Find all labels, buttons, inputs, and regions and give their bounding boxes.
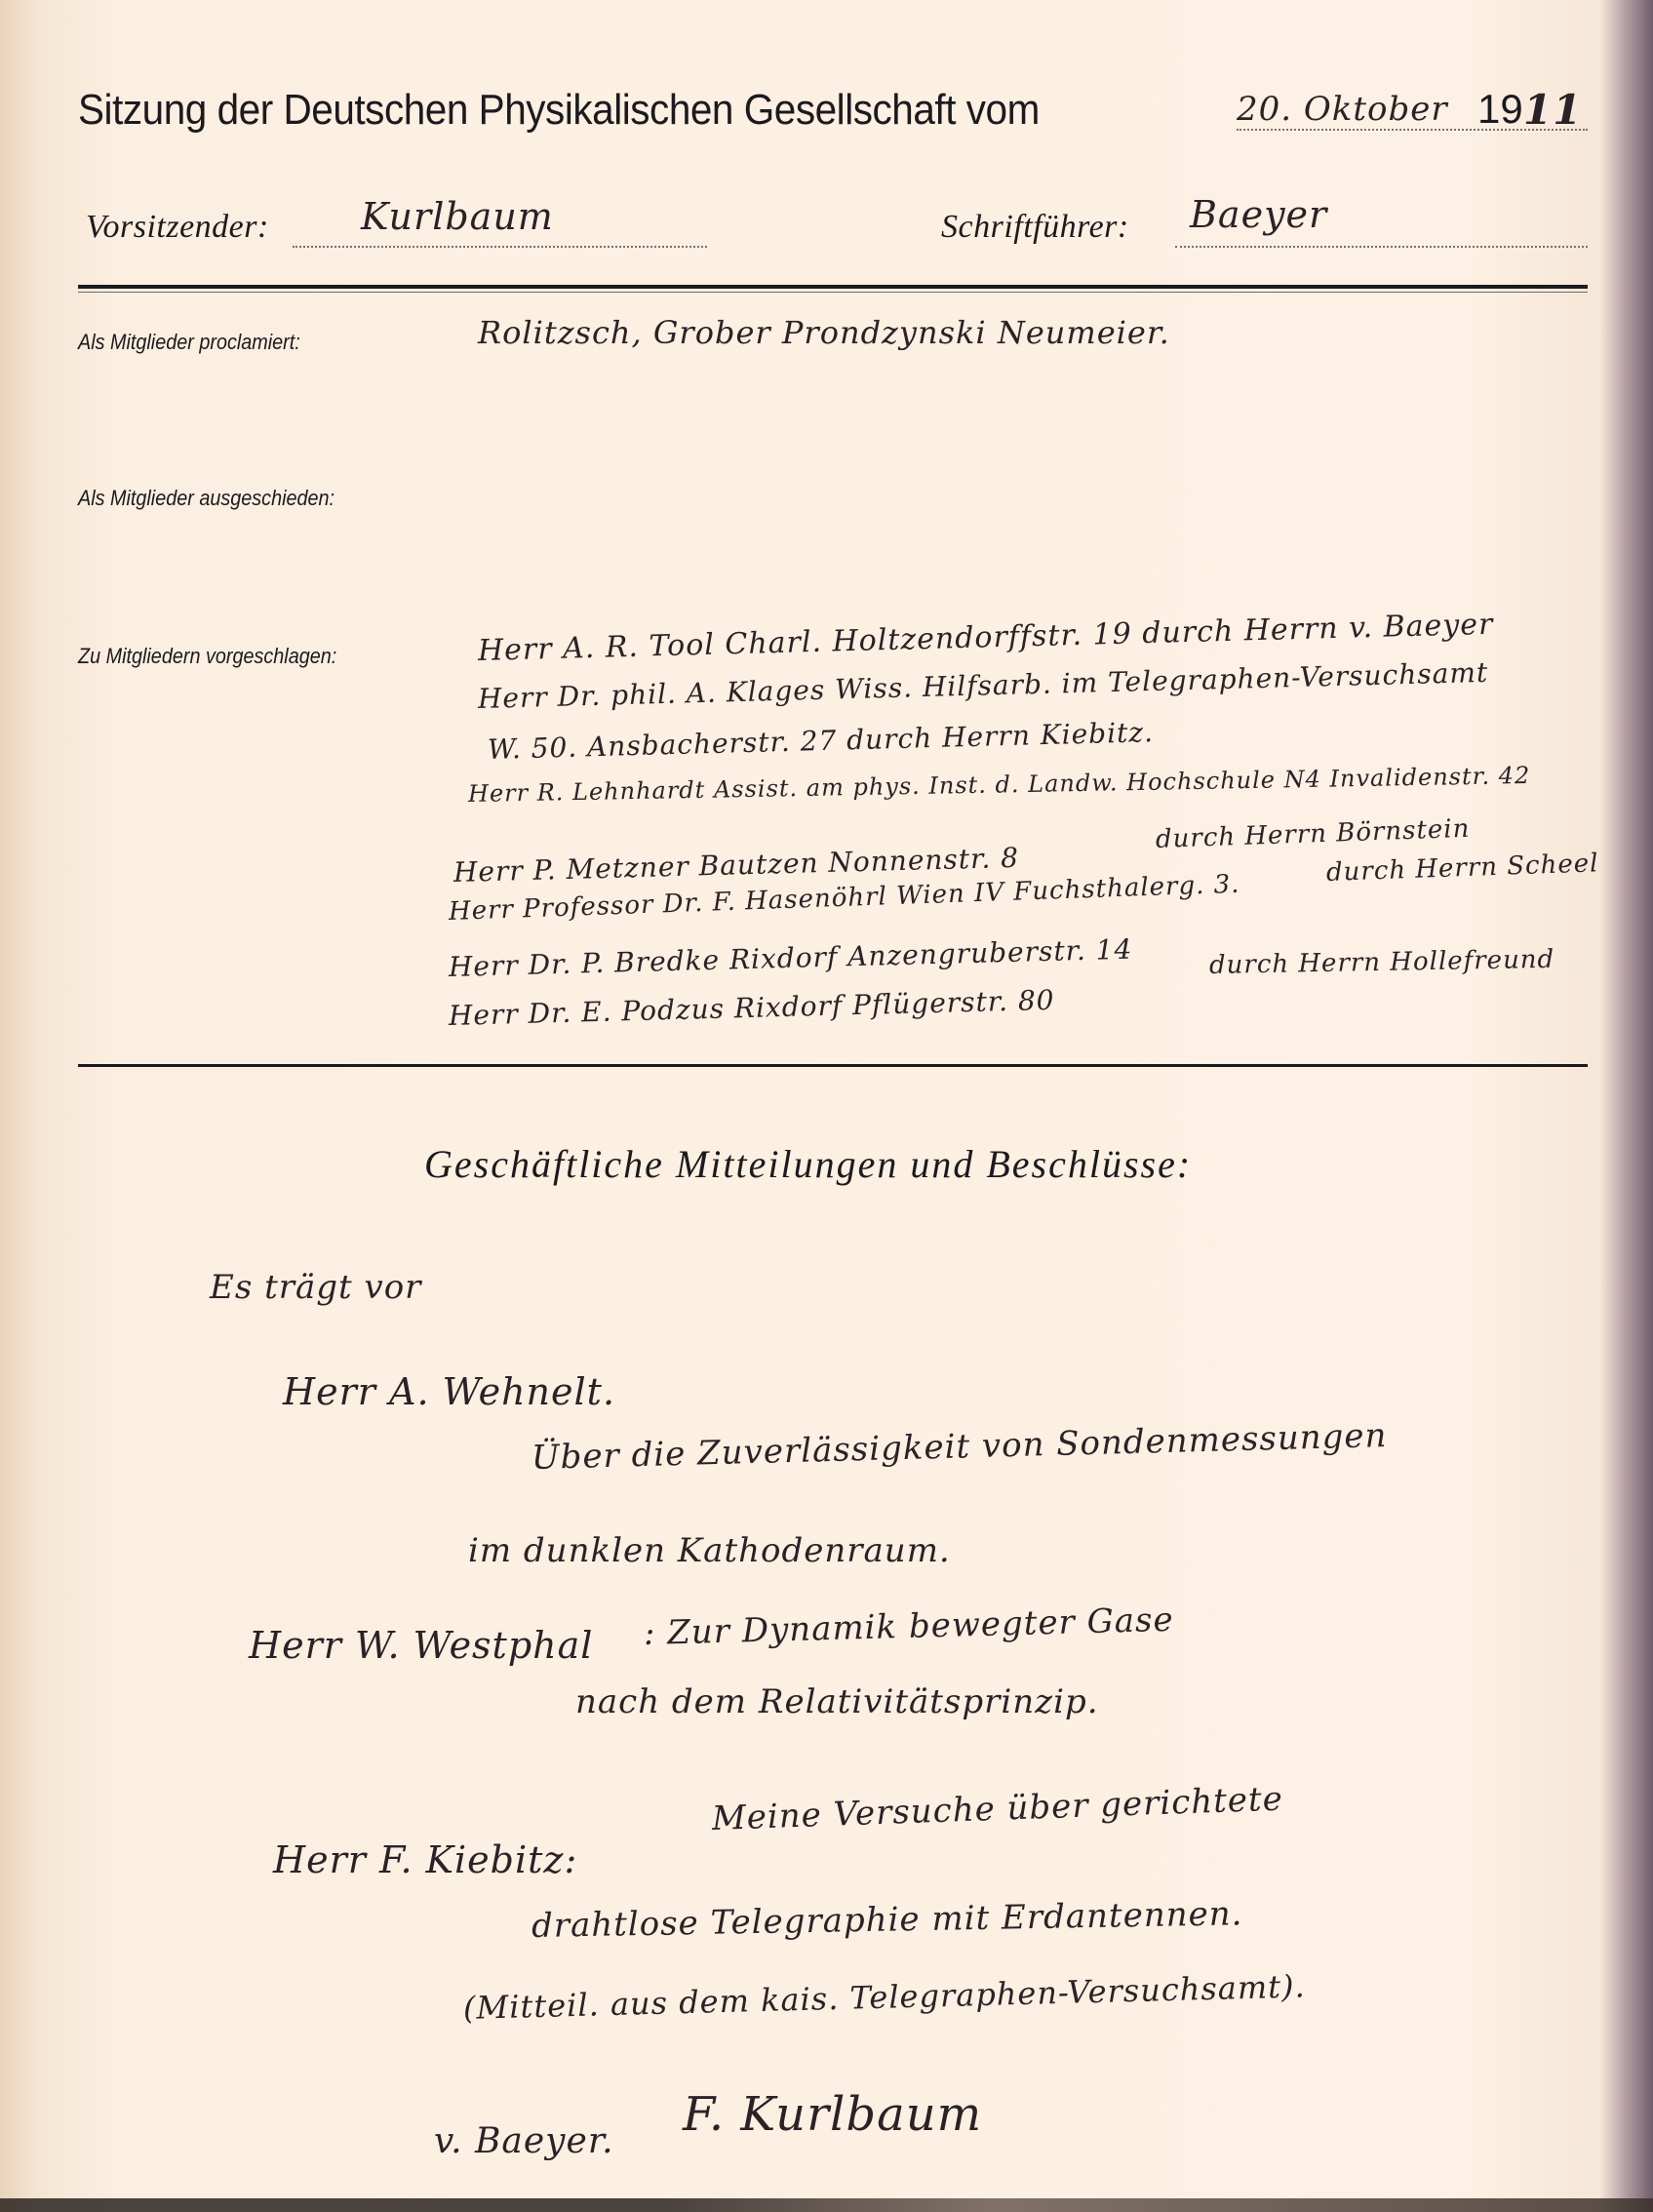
section-divider-thin: [78, 292, 1588, 293]
talk-title-line: : Zur Dynamik bewegter Gase: [643, 1600, 1174, 1653]
chair-name: Kurlbaum: [361, 195, 554, 238]
members-proposed-label: Zu Mitgliedern vorgeschlagen:: [78, 644, 336, 669]
talk-title-line: Meine Versuche über gerichtete: [711, 1780, 1283, 1838]
section-divider: [78, 285, 1588, 289]
proposed-line-endorser: durch Herrn Hollefreund: [1209, 945, 1555, 980]
business-section-title: Geschäftliche Mitteilungen und Beschlüss…: [424, 1141, 1192, 1187]
proposed-line: Herr A. R. Tool Charl. Holtzendorffstr. …: [478, 608, 1494, 668]
secretary-name: Baeyer: [1190, 193, 1327, 236]
proposed-line: Herr Dr. phil. A. Klages Wiss. Hilfsarb.…: [478, 656, 1489, 715]
page-bottom-edge: [0, 2198, 1653, 2212]
proposed-line-endorser: durch Herrn Scheel: [1325, 849, 1598, 888]
business-intro: Es trägt vor: [210, 1268, 421, 1307]
proposed-line: Herr Dr. P. Bredke Rixdorf Anzengruberst…: [449, 933, 1133, 983]
year-handwritten: 11: [1523, 86, 1582, 134]
year-printed: 19: [1477, 86, 1523, 133]
secretary-field-line: [1175, 246, 1588, 248]
talk-title-line: Über die Zuverlässigkeit von Sondenmessu…: [531, 1416, 1387, 1478]
talk-title-line: nach dem Relativitätsprinzip.: [575, 1682, 1099, 1721]
proposed-line: W. 50. Ansbacherstr. 27 durch Herrn Kieb…: [488, 716, 1155, 766]
section-divider: [78, 1064, 1588, 1067]
signature-chair: F. Kurlbaum: [683, 2087, 982, 2142]
chair-label: Vorsitzender:: [86, 209, 269, 246]
talk-title-line: (Mitteil. aus dem kais. Telegraphen-Vers…: [463, 1967, 1307, 2027]
signature-secretary: v. Baeyer.: [434, 2121, 614, 2161]
proposed-line: Herr Dr. E. Podzus Rixdorf Pflügerstr. 8…: [449, 984, 1055, 1032]
members-left-label: Als Mitglieder ausgeschieden:: [78, 486, 335, 511]
members-proclaimed-label: Als Mitglieder proclamiert:: [78, 330, 300, 355]
chair-field-line: [293, 246, 707, 248]
talk-title-line: im dunklen Kathodenraum.: [468, 1531, 951, 1570]
members-proclaimed-value: Rolitzsch, Grober Prondzynski Neumeier.: [478, 314, 1170, 351]
talk-title-line: drahtlose Telegraphie mit Erdantennen.: [531, 1894, 1243, 1946]
secretary-label: Schriftführer:: [941, 209, 1129, 246]
page-title: Sitzung der Deutschen Physikalischen Ges…: [78, 86, 1040, 135]
talk-speaker: Herr F. Kiebitz:: [273, 1838, 577, 1881]
talk-speaker: Herr A. Wehnelt.: [283, 1370, 615, 1413]
proposed-line: Herr R. Lehnhardt Assist. am phys. Inst.…: [468, 762, 1531, 808]
proposed-line-endorser: durch Herrn Börnstein: [1155, 814, 1470, 854]
talk-speaker: Herr W. Westphal: [249, 1624, 593, 1667]
meeting-date: 20. Oktober: [1237, 90, 1448, 129]
